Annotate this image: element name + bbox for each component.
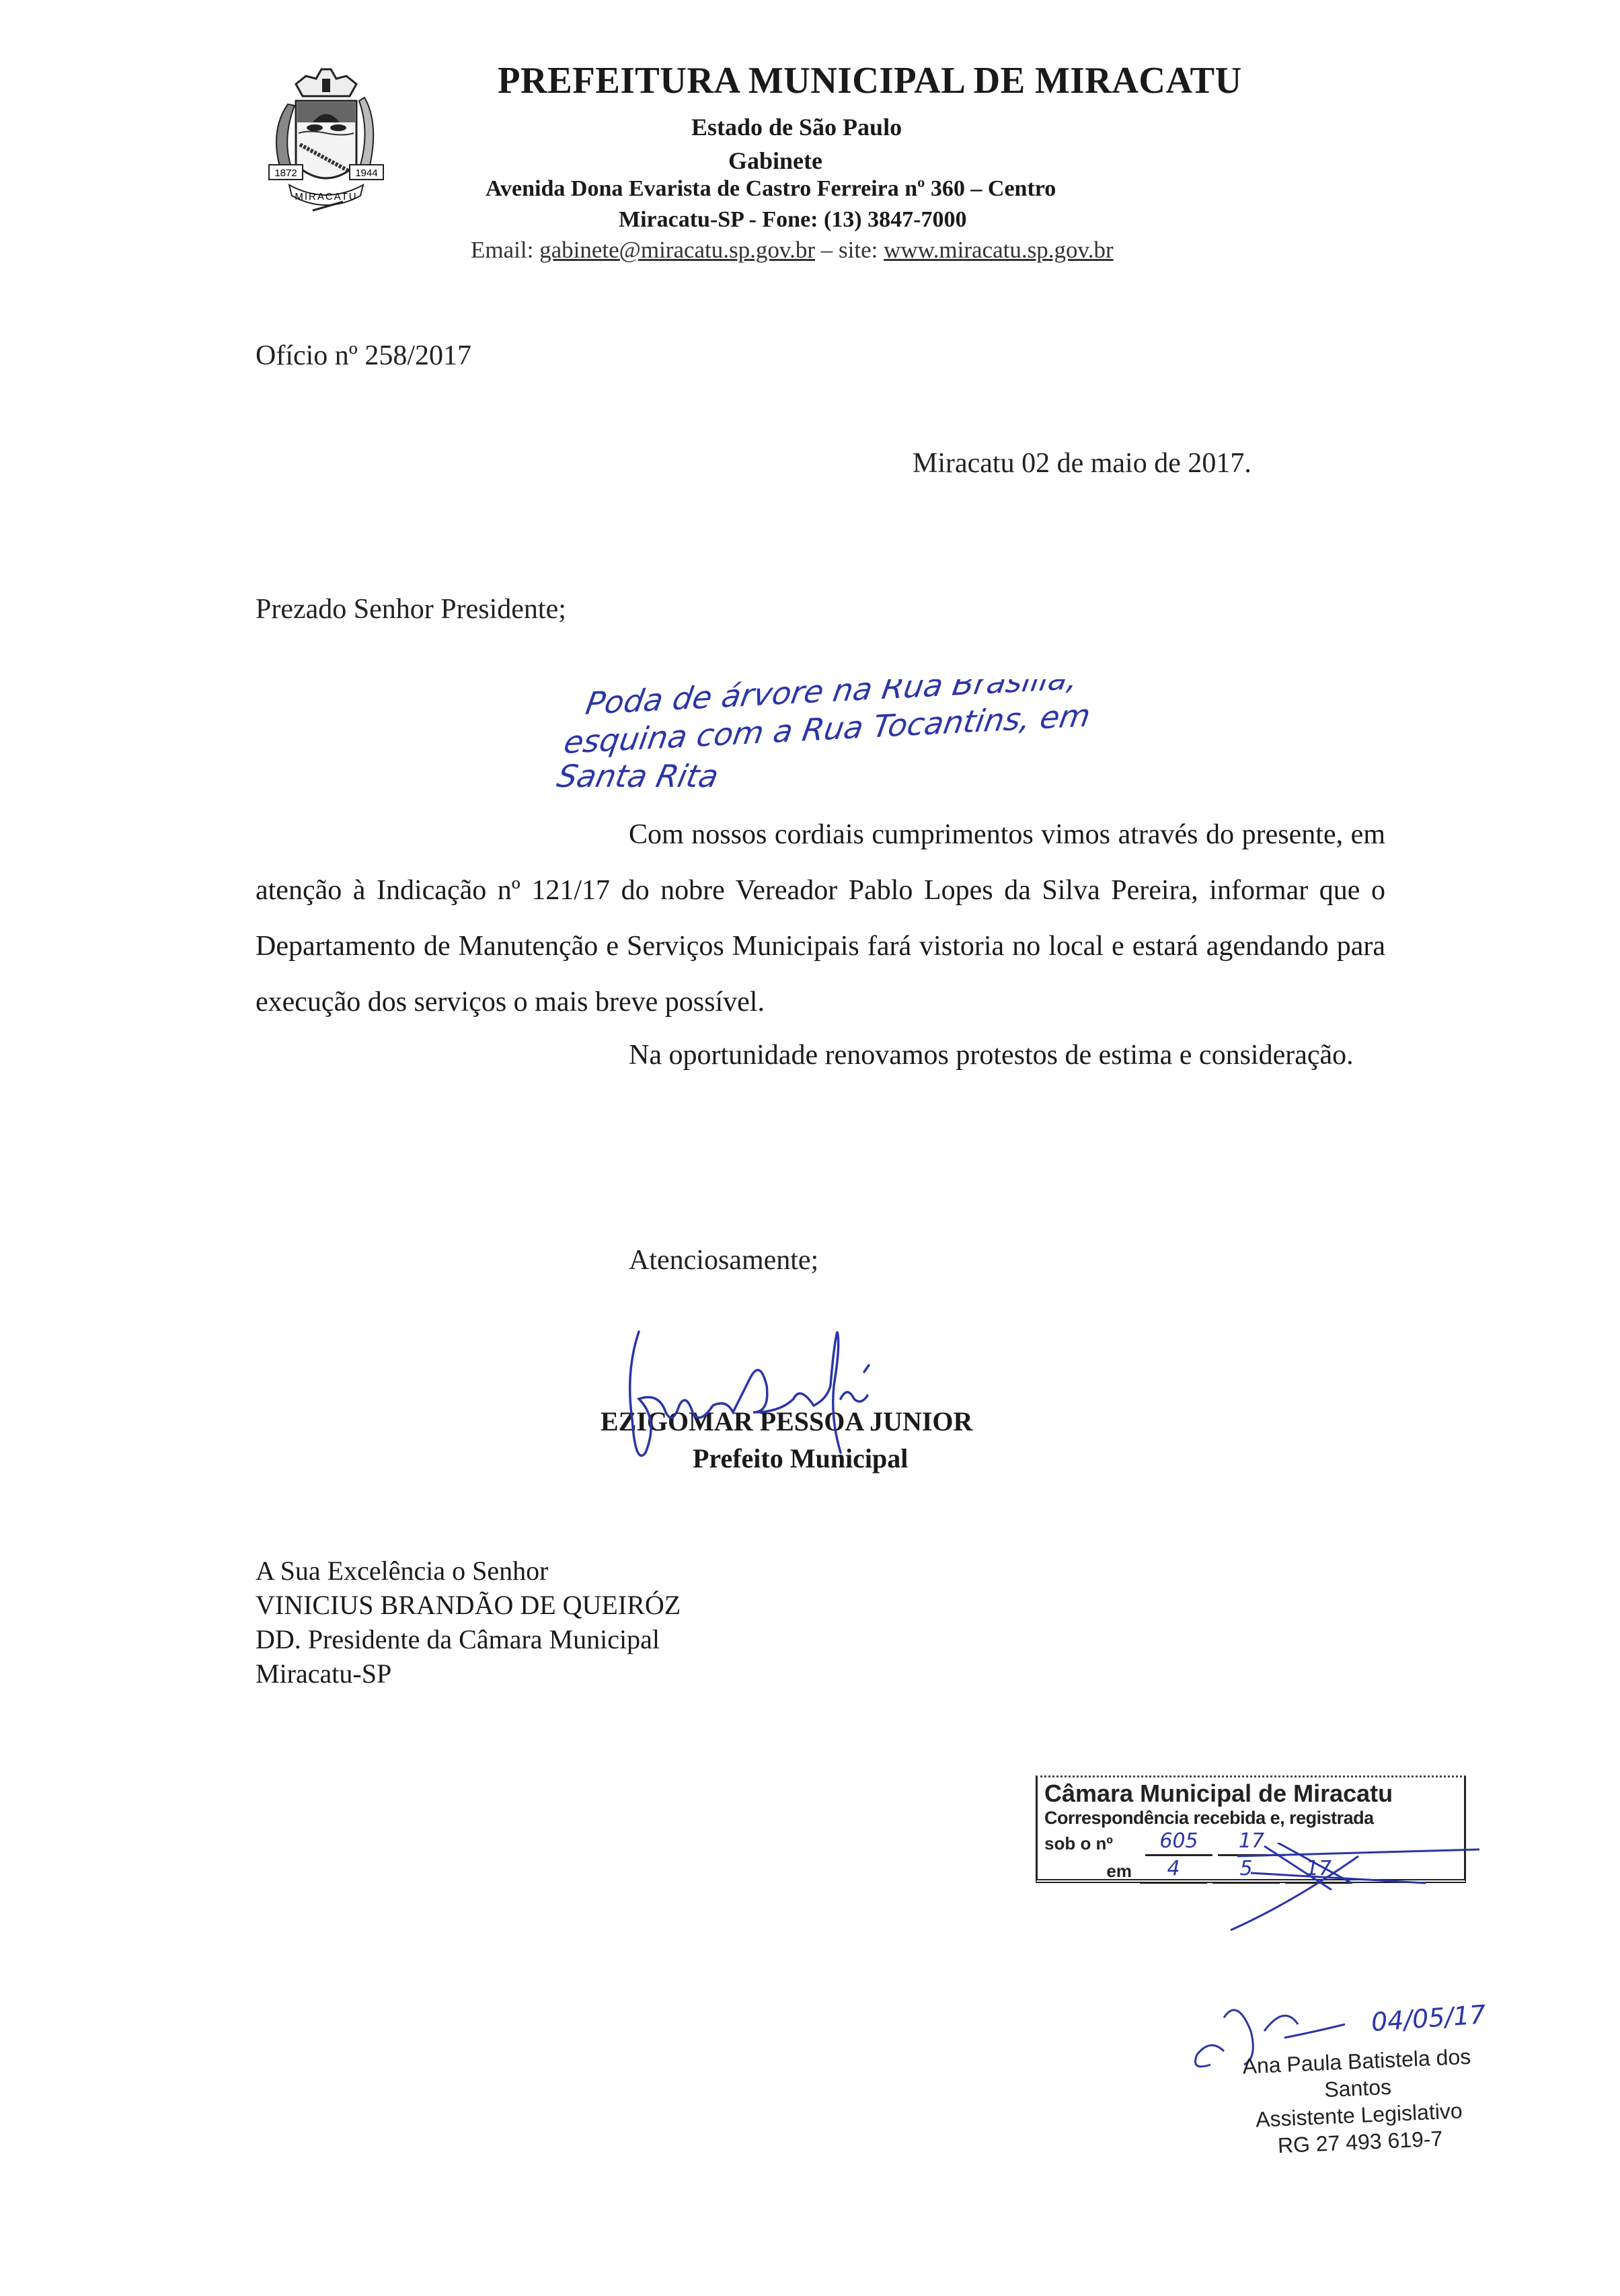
letter-greeting: Prezado Senhor Presidente; [256, 593, 566, 625]
letter-paragraph-2: Na oportunidade renovamos protestos de e… [256, 1028, 1385, 1083]
stamp-scribble [1224, 1843, 1506, 1977]
handwritten-line-3: Santa Rita [554, 758, 722, 794]
addressee-city: Miracatu-SP [256, 1656, 681, 1691]
letterhead-city-phone: Miracatu-SP - Fone: (13) 3847-7000 [619, 207, 966, 233]
stamp-number-value: 605 [1145, 1829, 1212, 1856]
letterhead-address: Avenida Dona Evarista de Castro Ferreira… [486, 176, 1056, 202]
addressee-name: VINICIUS BRANDÃO DE QUEIRÓZ [256, 1588, 681, 1622]
email-label: Email: [471, 237, 539, 263]
stamp-subtitle: Correspondência recebida e, registrada [1044, 1807, 1457, 1829]
letter-closing: Atenciosamente; [629, 1244, 818, 1276]
letterhead-title: PREFEITURA MUNICIPAL DE MIRACATU [498, 59, 1242, 102]
stamp-number-label: sob o nº [1044, 1831, 1145, 1856]
stamp-date-label: em [1044, 1858, 1132, 1884]
letterhead-department: Gabinete [0, 147, 1620, 175]
stamp-title: Câmara Municipal de Miracatu [1044, 1780, 1457, 1807]
letter-date: Miracatu 02 de maio de 2017. [913, 447, 1251, 480]
letterhead-contact: Email: gabinete@miracatu.sp.gov.br – sit… [471, 237, 1114, 264]
stamp-day: 4 [1140, 1856, 1207, 1884]
addressee-block: A Sua Excelência o Senhor VINICIUS BRAND… [256, 1554, 681, 1691]
letter-paragraph-1: Com nossos cordiais cumprimentos vimos a… [256, 807, 1385, 1030]
mayor-signature [599, 1318, 975, 1473]
site-label: – site: [815, 237, 884, 263]
addressee-salutation: A Sua Excelência o Senhor [256, 1554, 681, 1588]
letter-reference: Ofício nº 258/2017 [256, 340, 471, 372]
letterhead-state: Estado de São Paulo [0, 113, 1620, 141]
svg-text:MIRACATU: MIRACATU [295, 191, 357, 202]
email-link[interactable]: gabinete@miracatu.sp.gov.br [539, 237, 815, 263]
receipt-handwritten-date: 04/05/17 [1371, 1999, 1487, 2037]
handwritten-note: Poda de árvore na Rua Brasília, esquina … [538, 679, 1412, 794]
addressee-title: DD. Presidente da Câmara Municipal [256, 1622, 681, 1656]
site-link[interactable]: www.miracatu.sp.gov.br [884, 237, 1114, 263]
receipt-signer-block: Ana Paula Batistela dos Santos Assistent… [1208, 2041, 1509, 2161]
